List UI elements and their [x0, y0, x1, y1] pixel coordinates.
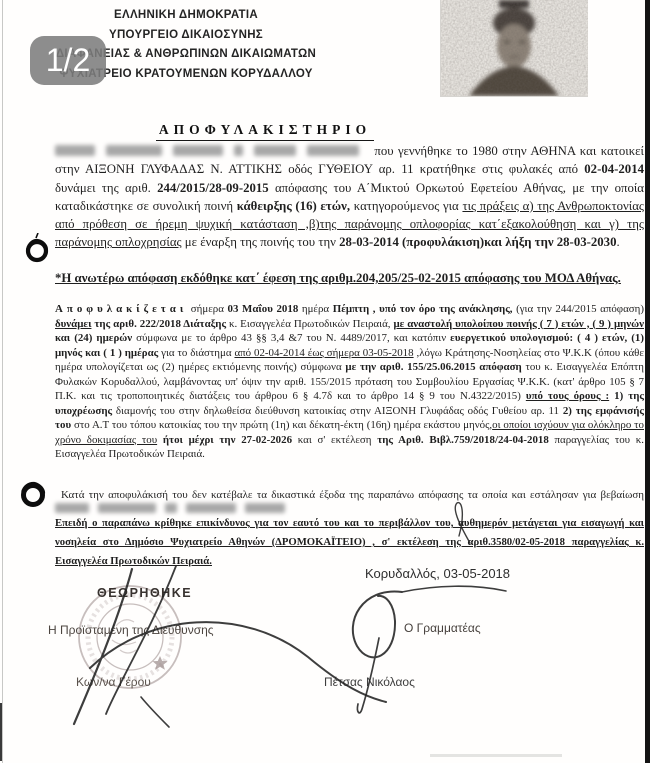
- ink-blot-1: [18, 233, 54, 267]
- text-run: και (24) ημερών: [55, 332, 132, 344]
- text-run: σήμερα: [187, 303, 227, 315]
- redaction-block: [173, 145, 223, 156]
- text-run: και σ' εκτέλεση: [292, 434, 377, 446]
- paragraph-court-costs: Κατά την αποφυλάκισή του δεν κατέβαλε τα…: [55, 488, 644, 516]
- text-run: με την αριθ. 155/25.06.2015 απόφαση: [345, 361, 521, 373]
- text-run: (για την 244/2015 απόφαση): [513, 303, 644, 315]
- text-run: σύμφωνα με το άρθρο 43 §§ 3,4 &7 του Ν. …: [132, 332, 450, 344]
- scan-left-edge-line: [2, 0, 3, 763]
- text-run: για το διάστημα: [158, 347, 234, 359]
- redaction-block: [98, 503, 156, 513]
- paragraph-text: που γεννήθηκε το 1980 στην ΑΘΗΝΑ και κατ…: [55, 144, 644, 249]
- redaction-block: [55, 503, 89, 513]
- redaction-block: [307, 145, 359, 156]
- text-run: με έναρξη της ποινής του την: [182, 235, 340, 249]
- redacted-name: [55, 144, 374, 158]
- text-run: 03 Μαΐου 2018: [228, 303, 299, 315]
- text-run: .: [616, 235, 619, 249]
- text-run: Αποφυλακίζεται: [55, 303, 187, 315]
- redaction-block: [245, 503, 285, 513]
- scan-bottom-smudge: [430, 754, 562, 757]
- text-run: κατηγορούμενος για: [350, 199, 462, 213]
- text-run: Πέμπτη , υπό τον όρο της ανάκλησης,: [333, 303, 513, 315]
- redaction-block: [106, 145, 162, 156]
- secretary-name: Πέτσας Νικόλαος: [324, 675, 415, 689]
- text-run: κ. Εισαγγελέα Πρωτοδικών Πειραιά,: [226, 318, 393, 330]
- text-run: από 02-04-2014 έως σήμερα 03-05-2018: [234, 347, 413, 359]
- letterhead-line-republic: ΕΛΛΗΝΙΚΗ ΔΗΜΟΚΡΑΤΙΑ: [18, 6, 354, 26]
- paragraph-transfer-order: Επειδή ο παραπάνω κρίθηκε επικίνδυνος γι…: [55, 514, 644, 571]
- director-role-label: Η Προϊσταμένη της Διεύθυνσης: [48, 623, 214, 637]
- redaction-block: [165, 503, 177, 513]
- text-run: διαμονής του στην δηλωθείσα διεύθυνση κα…: [112, 405, 563, 417]
- title-wrap: ΑΠΟΦΥΛΑΚΙΣΤΗΡΙΟ: [55, 121, 475, 141]
- paragraph-release-terms: Αποφυλακίζεται σήμερα 03 Μαΐου 2018 ημέρ…: [55, 302, 644, 462]
- date-location-line: Κορυδαλλός, 03-05-2018: [365, 566, 510, 581]
- text-run: 28-03-2014 (προφυλάκιση)και λήξη την 28-…: [339, 235, 616, 249]
- text-run: Κατά την αποφυλάκισή του δεν κατέβαλε τα…: [61, 489, 644, 501]
- secretary-role-label: Ο Γραμματέας: [404, 621, 481, 635]
- text-run: υπό τους όρους :: [526, 390, 609, 402]
- text-run: δυνάμει της αριθ.: [55, 181, 157, 195]
- text-run: της αριθ. 222/2018 Διάταξης: [91, 318, 226, 330]
- text-run: ημέρα: [298, 303, 332, 315]
- text-run: με αναστολή υπολοίπου ποινής ( 7 ) ετών …: [393, 318, 644, 330]
- redaction-block: [234, 145, 243, 156]
- scan-left-edge-dark: [0, 703, 2, 761]
- paragraph-appeal-note: *Η ανωτέρω απόφαση εκδόθηκε κατ΄ έφεση τ…: [55, 269, 644, 287]
- text-run: της Αριθ. Βιβλ.759/2018/24-04-2018: [377, 434, 549, 446]
- inmate-photo: [440, 0, 588, 97]
- secretary-signature: [353, 586, 506, 713]
- document-title: ΑΠΟΦΥΛΑΚΙΣΤΗΡΙΟ: [156, 122, 374, 141]
- text-run: *Η ανωτέρω απόφαση εκδόθηκε κατ΄ έφεση τ…: [55, 271, 621, 285]
- redaction-block: [186, 503, 236, 513]
- redaction-block: [55, 145, 95, 156]
- redaction-block: [254, 145, 296, 156]
- page-counter-badge: 1/2: [30, 36, 106, 85]
- text-run: 02-04-2014: [584, 162, 644, 176]
- release-document-page: 1/2 ΕΛΛΗΝΙΚΗ ΔΗΜΟΚΡΑΤΙΑ ΥΠΟΥΡΓΕΙΟ ΔΙΚΑΙΟ…: [0, 0, 650, 763]
- text-run: κάθειρξης (16) ετών,: [237, 199, 350, 213]
- approved-label: ΘΕΩΡΗΘΗΚΕ: [97, 586, 192, 600]
- text-run: 244/2015/28-09-2015: [157, 181, 269, 195]
- ink-blot-2: [15, 477, 51, 511]
- text-run: δυνάμει: [55, 318, 91, 330]
- director-name: Κων/να Γέρου: [76, 675, 151, 689]
- text-run: Επειδή ο παραπάνω κρίθηκε επικίνδυνος γι…: [55, 517, 644, 567]
- scan-right-black-bar: [645, 0, 650, 763]
- text-run: στο Α.Τ του τόπου κατοικίας του την πρώτ…: [71, 419, 492, 431]
- paragraph-identity-sentence: που γεννήθηκε το 1980 στην ΑΘΗΝΑ και κατ…: [55, 142, 644, 252]
- text-run: ήτοι μέχρι την 27-02-2026: [163, 434, 292, 446]
- paragraph-text: Κατά την αποφυλάκισή του δεν κατέβαλε τα…: [61, 489, 644, 501]
